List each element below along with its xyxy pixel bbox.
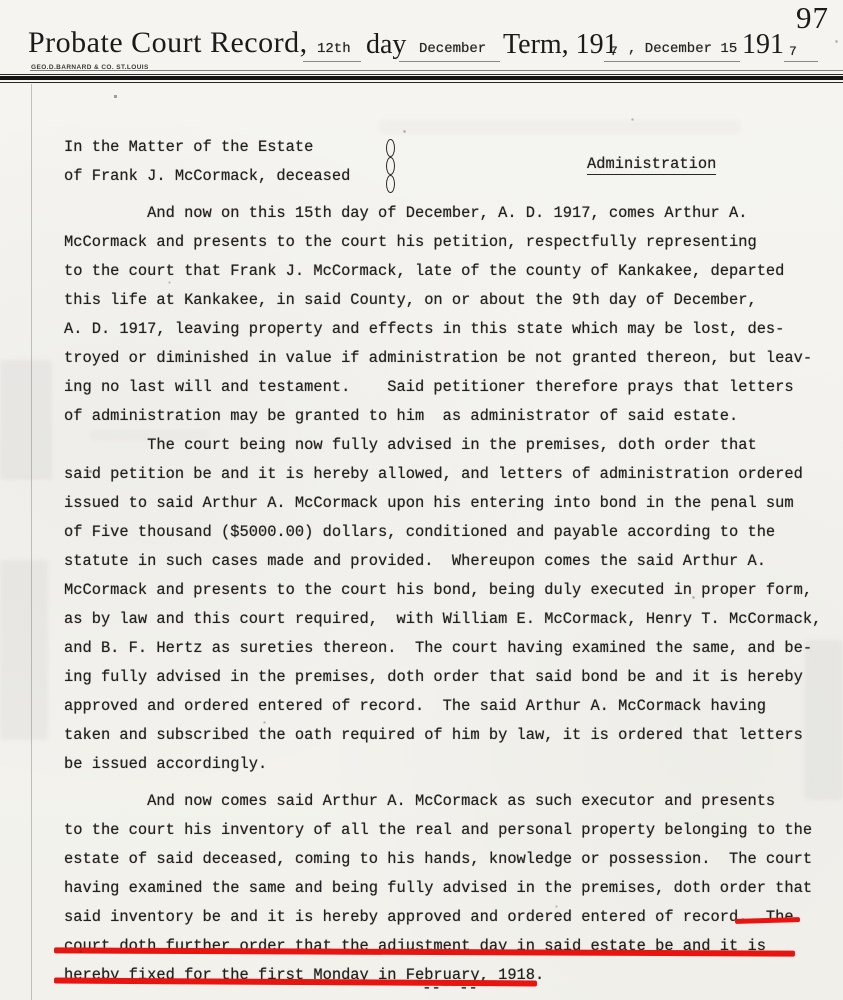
text-line: ing fully advised in the premises, doth … [64,663,836,692]
margin-rule [31,84,32,1000]
term-label: Term, 191 [503,29,618,61]
text-line: of Frank J. McCormack, deceased [64,162,836,191]
text-line: and B. F. Hertz as sureties thereon. The… [64,634,836,663]
text-line: issued to said Arthur A. McCormack upon … [64,489,836,518]
header-rule-thin [0,82,843,83]
header-rule-thin [0,74,843,75]
text-line: be issued accordingly. [64,750,836,779]
text-line: court doth further order that the adjust… [64,932,836,961]
blank-underline [303,61,361,62]
document-body: In the Matter of the Estateof Frank J. M… [64,133,836,990]
text-line: And now on this 15th day of December, A.… [64,199,836,228]
term-year-digit-typed: 7 [610,44,618,59]
scan-speckles [0,0,1,1]
bleed-through-smudge [90,430,210,440]
bleed-through-smudge [0,360,52,480]
text-line: of Five thousand ($5000.00) dollars, con… [64,518,836,547]
page-number: 97 [796,0,829,36]
header-rule-thick [0,76,843,80]
text-line: this life at Kankakee, in said County, o… [64,286,836,315]
scanned-probate-record-page: 97 Probate Court Record, 12th day Decemb… [0,0,843,1000]
header-title: Probate Court Record, [28,26,308,60]
text-line: troyed or diminished in value if adminis… [64,344,836,373]
text-line: to the court that Frank J. McCormack, la… [64,257,836,286]
bleed-through-smudge [805,640,843,800]
text-line: to the court his inventory of all the re… [64,816,836,845]
text-line: of administration may be granted to him … [64,402,836,431]
bleed-through-smudge [380,120,740,134]
header-rule-thin [30,70,843,71]
date-entry-typed: , December 15 [628,41,737,57]
text-line: A. D. 1917, leaving property and effects… [64,315,836,344]
text-line: approved and ordered entered of record. … [64,692,836,721]
text-line: And now comes said Arthur A. McCormack a… [64,787,836,816]
text-line: estate of said deceased, coming to his h… [64,845,836,874]
text-line: statute in such cases made and provided.… [64,547,836,576]
term-month-typed: December [419,41,486,57]
year-digit-typed: 7 [789,44,797,59]
day-value-typed: 12th [317,41,351,57]
text-line: as by law and this court required, with … [64,605,836,634]
blank-underline [604,61,740,62]
bleed-through-smudge [0,560,48,740]
text-line: McCormack and presents to the court his … [64,228,836,257]
year-label: 191 [742,29,784,61]
day-label: day [366,29,406,61]
text-line: taken and subscribed the oath required o… [64,721,836,750]
text-line: said petition be and it is hereby allowe… [64,460,836,489]
blank-underline [784,61,818,62]
text-line: having examined the same and being fully… [64,874,836,903]
text-line: ing no last will and testament. Said pet… [64,373,836,402]
text-line: McCormack and presents to the court his … [64,576,836,605]
blank-underline [399,61,500,62]
text-line: In the Matter of the Estate [64,133,836,162]
text-line: said inventory be and it is hereby appro… [64,903,836,932]
